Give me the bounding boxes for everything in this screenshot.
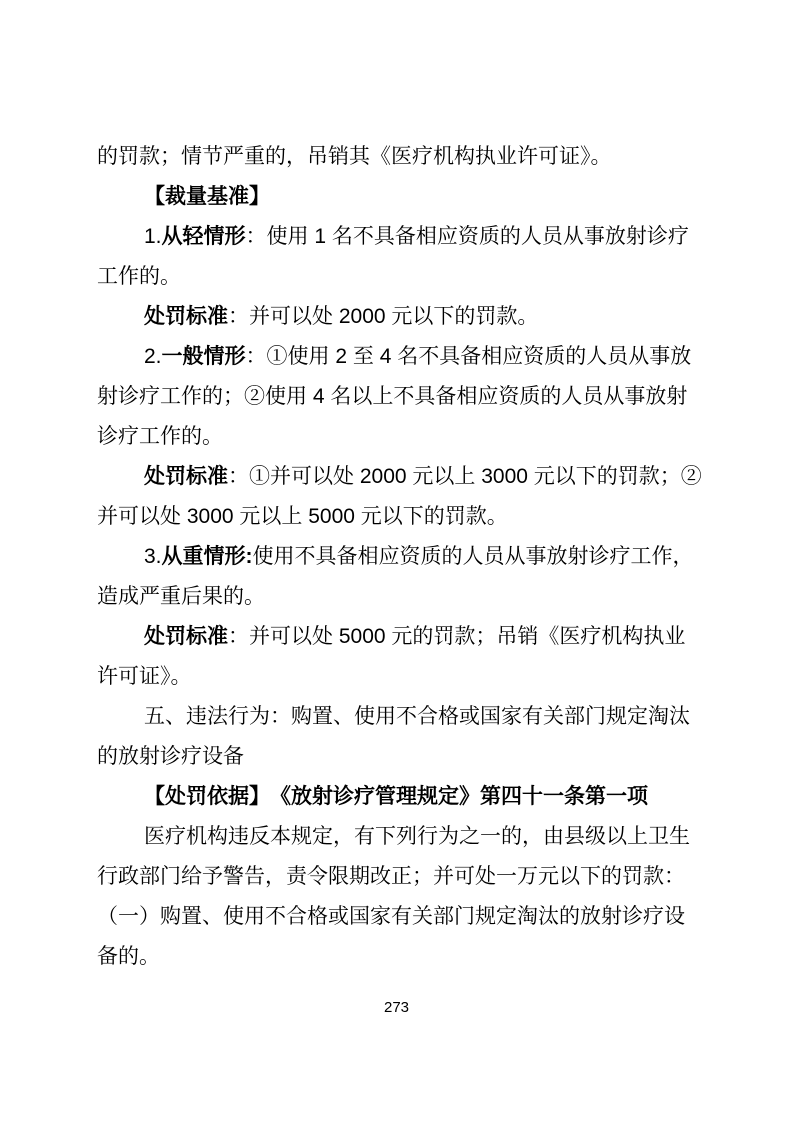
text-run-bold: 【处罚依据】 《放射诊疗管理规定》第四十一条第一项 bbox=[144, 785, 648, 808]
text-run: （一）购置、使用不合格或国家有关部门规定淘汰的放射诊疗设 bbox=[97, 905, 685, 928]
text-line: 处罚标准：①并可以处 2000 元以上 3000 元以下的罚款；② bbox=[97, 457, 698, 497]
text-run: 3. bbox=[144, 545, 162, 568]
text-run: ：并可以处 5000 元的罚款；吊销《医疗机构执业 bbox=[228, 625, 685, 648]
text-run: ：并可以处 2000 元以下的罚款。 bbox=[228, 305, 538, 328]
text-line: 医疗机构违反本规定，有下列行为之一的，由县级以上卫生 bbox=[97, 817, 698, 857]
text-line: 3.从重情形:使用不具备相应资质的人员从事放射诊疗工作， bbox=[97, 537, 698, 577]
text-run: ：①使用 2 至 4 名不具备相应资质的人员从事放 bbox=[246, 345, 692, 368]
text-run: 使用不具备相应资质的人员从事放射诊疗工作， bbox=[253, 545, 694, 568]
text-run: 备的。 bbox=[97, 945, 160, 968]
text-run: 1. bbox=[144, 225, 162, 248]
text-run-bold: 处罚标准 bbox=[144, 625, 228, 648]
text-run: ：①并可以处 2000 元以上 3000 元以下的罚款；② bbox=[228, 465, 702, 488]
text-run: 的放射诊疗设备 bbox=[97, 745, 244, 768]
text-run: 并可以处 3000 元以上 5000 元以下的罚款。 bbox=[97, 505, 508, 528]
text-run: 工作的。 bbox=[97, 265, 181, 288]
text-line: 并可以处 3000 元以上 5000 元以下的罚款。 bbox=[97, 497, 698, 537]
text-block: 的罚款；情节严重的，吊销其《医疗机构执业许可证》。【裁量基准】1.从轻情形：使用… bbox=[97, 137, 698, 977]
text-line: 2.一般情形：①使用 2 至 4 名不具备相应资质的人员从事放 bbox=[97, 337, 698, 377]
text-line: 射诊疗工作的；②使用 4 名以上不具备相应资质的人员从事放射 bbox=[97, 377, 698, 417]
text-run: 2. bbox=[144, 345, 162, 368]
text-run: 五、违法行为：购置、使用不合格或国家有关部门规定淘汰 bbox=[144, 705, 690, 728]
text-run: 的罚款；情节严重的，吊销其《医疗机构执业许可证》。 bbox=[97, 145, 612, 168]
page-number: 273 bbox=[384, 999, 409, 1016]
text-run-bold: 从轻情形 bbox=[162, 225, 246, 248]
text-line: 工作的。 bbox=[97, 257, 698, 297]
text-run-bold: 从重情形: bbox=[162, 545, 253, 568]
text-line: 许可证》。 bbox=[97, 657, 698, 697]
document-page: 的罚款；情节严重的，吊销其《医疗机构执业许可证》。【裁量基准】1.从轻情形：使用… bbox=[0, 0, 793, 1122]
text-line: 【裁量基准】 bbox=[97, 177, 698, 217]
text-line: 诊疗工作的。 bbox=[97, 417, 698, 457]
text-run-bold: 处罚标准 bbox=[144, 305, 228, 328]
text-line: 【处罚依据】 《放射诊疗管理规定》第四十一条第一项 bbox=[97, 777, 698, 817]
text-line: 造成严重后果的。 bbox=[97, 577, 698, 617]
text-run-bold: 处罚标准 bbox=[144, 465, 228, 488]
text-line: 处罚标准：并可以处 2000 元以下的罚款。 bbox=[97, 297, 698, 337]
text-run: ：使用 1 名不具备相应资质的人员从事放射诊疗 bbox=[246, 225, 689, 248]
text-line: 处罚标准：并可以处 5000 元的罚款；吊销《医疗机构执业 bbox=[97, 617, 698, 657]
text-run: 造成严重后果的。 bbox=[97, 585, 265, 608]
text-line: 五、违法行为：购置、使用不合格或国家有关部门规定淘汰 bbox=[97, 697, 698, 737]
text-run: 行政部门给予警告，责令限期改正；并可处一万元以下的罚款： bbox=[97, 865, 685, 888]
text-run-bold: 【裁量基准】 bbox=[144, 185, 270, 208]
text-run: 许可证》。 bbox=[97, 665, 192, 688]
text-line: （一）购置、使用不合格或国家有关部门规定淘汰的放射诊疗设 bbox=[97, 897, 698, 937]
page-footer: 273 bbox=[0, 998, 793, 1018]
text-line: 1.从轻情形：使用 1 名不具备相应资质的人员从事放射诊疗 bbox=[97, 217, 698, 257]
text-run: 射诊疗工作的；②使用 4 名以上不具备相应资质的人员从事放射 bbox=[97, 385, 687, 408]
text-line: 备的。 bbox=[97, 937, 698, 977]
text-run-bold: 一般情形 bbox=[162, 345, 246, 368]
text-line: 的放射诊疗设备 bbox=[97, 737, 698, 777]
text-line: 的罚款；情节严重的，吊销其《医疗机构执业许可证》。 bbox=[97, 137, 698, 177]
text-run: 诊疗工作的。 bbox=[97, 425, 223, 448]
text-run: 医疗机构违反本规定，有下列行为之一的，由县级以上卫生 bbox=[144, 825, 690, 848]
text-line: 行政部门给予警告，责令限期改正；并可处一万元以下的罚款： bbox=[97, 857, 698, 897]
